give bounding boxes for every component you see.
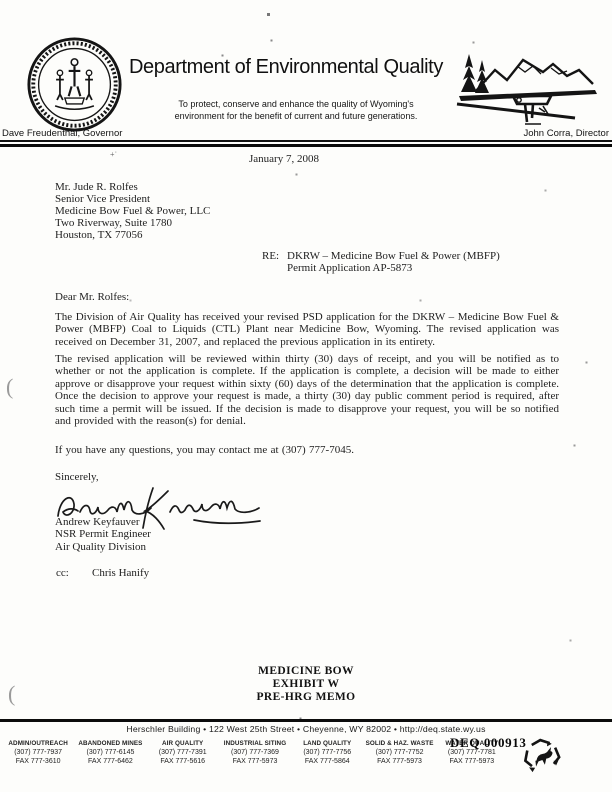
dept-fax: FAX 777-5616	[147, 757, 219, 766]
mountain-landscape-icon	[455, 46, 603, 130]
exhibit-stamp-line1: MEDICINE BOW	[0, 665, 612, 678]
dept-phone: (307) 777-7391	[147, 748, 219, 757]
cc-name: Chris Hanify	[92, 567, 149, 579]
body-paragraph-1: The Division of Air Quality has received…	[55, 311, 559, 348]
footer-address-line: Herschler Building • 122 West 25th Stree…	[0, 724, 612, 734]
footer-departments: ADMIN/OUTREACH (307) 777-7937 FAX 777-36…	[2, 739, 508, 766]
re-label: RE:	[262, 250, 279, 262]
dept-name: ADMIN/OUTREACH	[2, 739, 74, 748]
exhibit-stamp-line3: PRE-HRG MEMO	[0, 691, 612, 704]
dept-name: ABANDONED MINES	[74, 739, 146, 748]
dept-phone: (307) 777-7369	[219, 748, 291, 757]
wyoming-state-seal-icon	[26, 36, 123, 133]
recipient-address-block: Mr. Jude R. Rolfes Senior Vice President…	[55, 181, 210, 241]
dept-phone: (307) 777-6145	[74, 748, 146, 757]
scan-artifact-paren-top: (	[6, 374, 13, 400]
recipient-street: Two Riverway, Suite 1780	[55, 217, 210, 229]
footer-dept-air-quality: AIR QUALITY (307) 777-7391 FAX 777-5616	[147, 739, 219, 766]
signer-name: Andrew Keyfauver	[55, 516, 151, 528]
director-name: John Corra, Director	[523, 128, 609, 139]
recipient-company: Medicine Bow Fuel & Power, LLC	[55, 205, 210, 217]
re-subject-line2: Permit Application AP-5873	[287, 262, 500, 274]
bucking-horse-recycle-logo-icon	[521, 736, 563, 777]
dept-fax: FAX 777-6462	[74, 757, 146, 766]
closing: Sincerely,	[55, 471, 99, 483]
scan-artifact-paren-bottom: (	[8, 681, 15, 707]
dept-phone: (307) 777-7756	[291, 748, 363, 757]
cc-label: cc:	[56, 567, 69, 579]
dept-fax: FAX 777-5864	[291, 757, 363, 766]
salutation: Dear Mr. Rolfes:	[55, 291, 129, 303]
body-paragraph-3: If you have any questions, you may conta…	[55, 444, 559, 456]
signer-title: NSR Permit Engineer	[55, 528, 151, 540]
dept-fax: FAX 777-3610	[2, 757, 74, 766]
dept-fax: FAX 777-5973	[363, 757, 435, 766]
dept-name: AIR QUALITY	[147, 739, 219, 748]
dept-fax: FAX 777-5973	[219, 757, 291, 766]
exhibit-stamp-line2: EXHIBIT W	[0, 678, 612, 691]
exhibit-stamp: MEDICINE BOW EXHIBIT W PRE-HRG MEMO	[0, 665, 612, 704]
dept-fax: FAX 777-5973	[436, 757, 508, 766]
body-paragraph-2: The revised application will be reviewed…	[55, 353, 559, 427]
dept-name: SOLID & HAZ. WASTE	[363, 739, 435, 748]
footer-dept-land-quality: LAND QUALITY (307) 777-7756 FAX 777-5864	[291, 739, 363, 766]
governor-name: Dave Freudenthal, Governor	[2, 128, 122, 139]
signature-block: Andrew Keyfauver NSR Permit Engineer Air…	[55, 516, 151, 553]
footer-dept-solid-haz-waste: SOLID & HAZ. WASTE (307) 777-7752 FAX 77…	[363, 739, 435, 766]
recipient-title: Senior Vice President	[55, 193, 210, 205]
header-rule-thick	[0, 144, 612, 147]
tagline-line2: environment for the benefit of current a…	[138, 111, 454, 123]
scanned-letter-page: Department of Environmental Quality To p…	[0, 0, 612, 792]
scan-noise	[0, 0, 1, 1]
deq-bates-stamp: DEQ 000913	[450, 735, 526, 751]
footer-dept-industrial-siting: INDUSTRIAL SITING (307) 777-7369 FAX 777…	[219, 739, 291, 766]
dept-name: LAND QUALITY	[291, 739, 363, 748]
footer-dept-admin: ADMIN/OUTREACH (307) 777-7937 FAX 777-36…	[2, 739, 74, 766]
re-subject-line1: DKRW – Medicine Bow Fuel & Power (MBFP)	[287, 250, 500, 262]
recipient-name: Mr. Jude R. Rolfes	[55, 181, 210, 193]
tagline-line1: To protect, conserve and enhance the qua…	[138, 99, 454, 111]
header-rule-thin	[0, 140, 612, 142]
recipient-city: Houston, TX 77056	[55, 229, 210, 241]
agency-title: Department of Environmental Quality	[129, 56, 469, 79]
dept-phone: (307) 777-7752	[363, 748, 435, 757]
re-subject-block: DKRW – Medicine Bow Fuel & Power (MBFP) …	[287, 250, 500, 275]
agency-tagline: To protect, conserve and enhance the qua…	[138, 99, 454, 122]
letter-date: January 7, 2008	[249, 153, 319, 165]
dept-name: INDUSTRIAL SITING	[219, 739, 291, 748]
footer-dept-abandoned-mines: ABANDONED MINES (307) 777-6145 FAX 777-6…	[74, 739, 146, 766]
signer-division: Air Quality Division	[55, 541, 151, 553]
scan-artifact-pen-mark: +˙	[110, 150, 117, 159]
footer-rule	[0, 719, 612, 722]
dept-phone: (307) 777-7937	[2, 748, 74, 757]
